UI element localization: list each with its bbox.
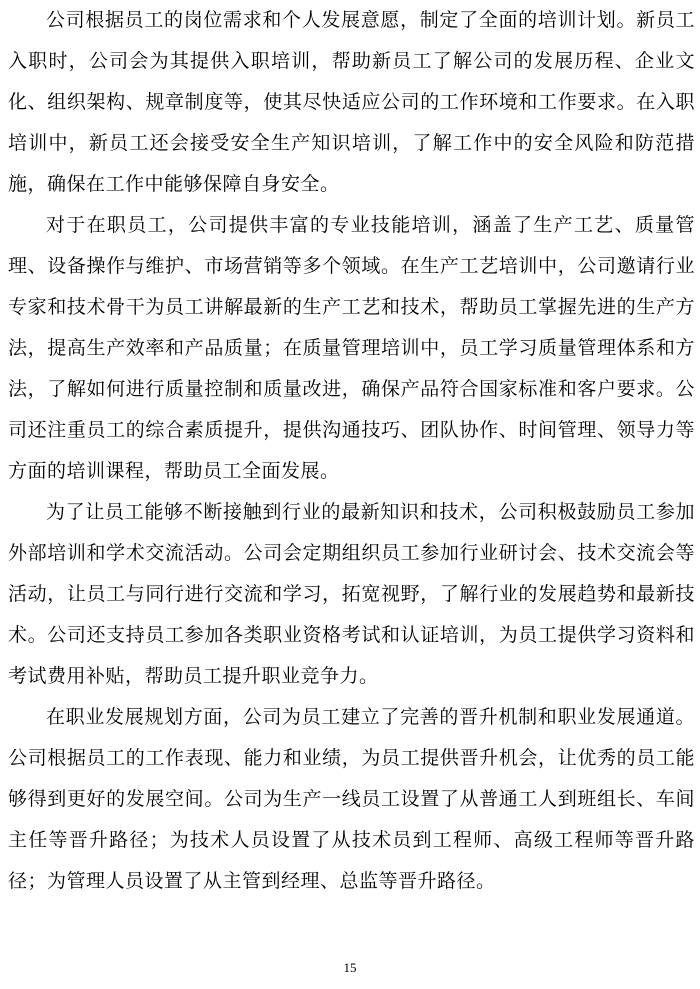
document-page: 公司根据员工的岗位需求和个人发展意愿，制定了全面的培训计划。新员工入职时，公司会… bbox=[0, 0, 700, 989]
paragraph-training-plan: 公司根据员工的岗位需求和个人发展意愿，制定了全面的培训计划。新员工入职时，公司会… bbox=[8, 0, 695, 205]
paragraph-external-training: 为了让员工能够不断接触到行业的最新知识和技术，公司积极鼓励员工参加外部培训和学术… bbox=[8, 492, 695, 697]
page-number: 15 bbox=[0, 960, 700, 976]
paragraph-skill-training: 对于在职员工，公司提供丰富的专业技能培训，涵盖了生产工艺、质量管理、设备操作与维… bbox=[8, 205, 695, 492]
document-body: 公司根据员工的岗位需求和个人发展意愿，制定了全面的培训计划。新员工入职时，公司会… bbox=[8, 0, 695, 902]
paragraph-career-development: 在职业发展规划方面，公司为员工建立了完善的晋升机制和职业发展通道。公司根据员工的… bbox=[8, 697, 695, 902]
